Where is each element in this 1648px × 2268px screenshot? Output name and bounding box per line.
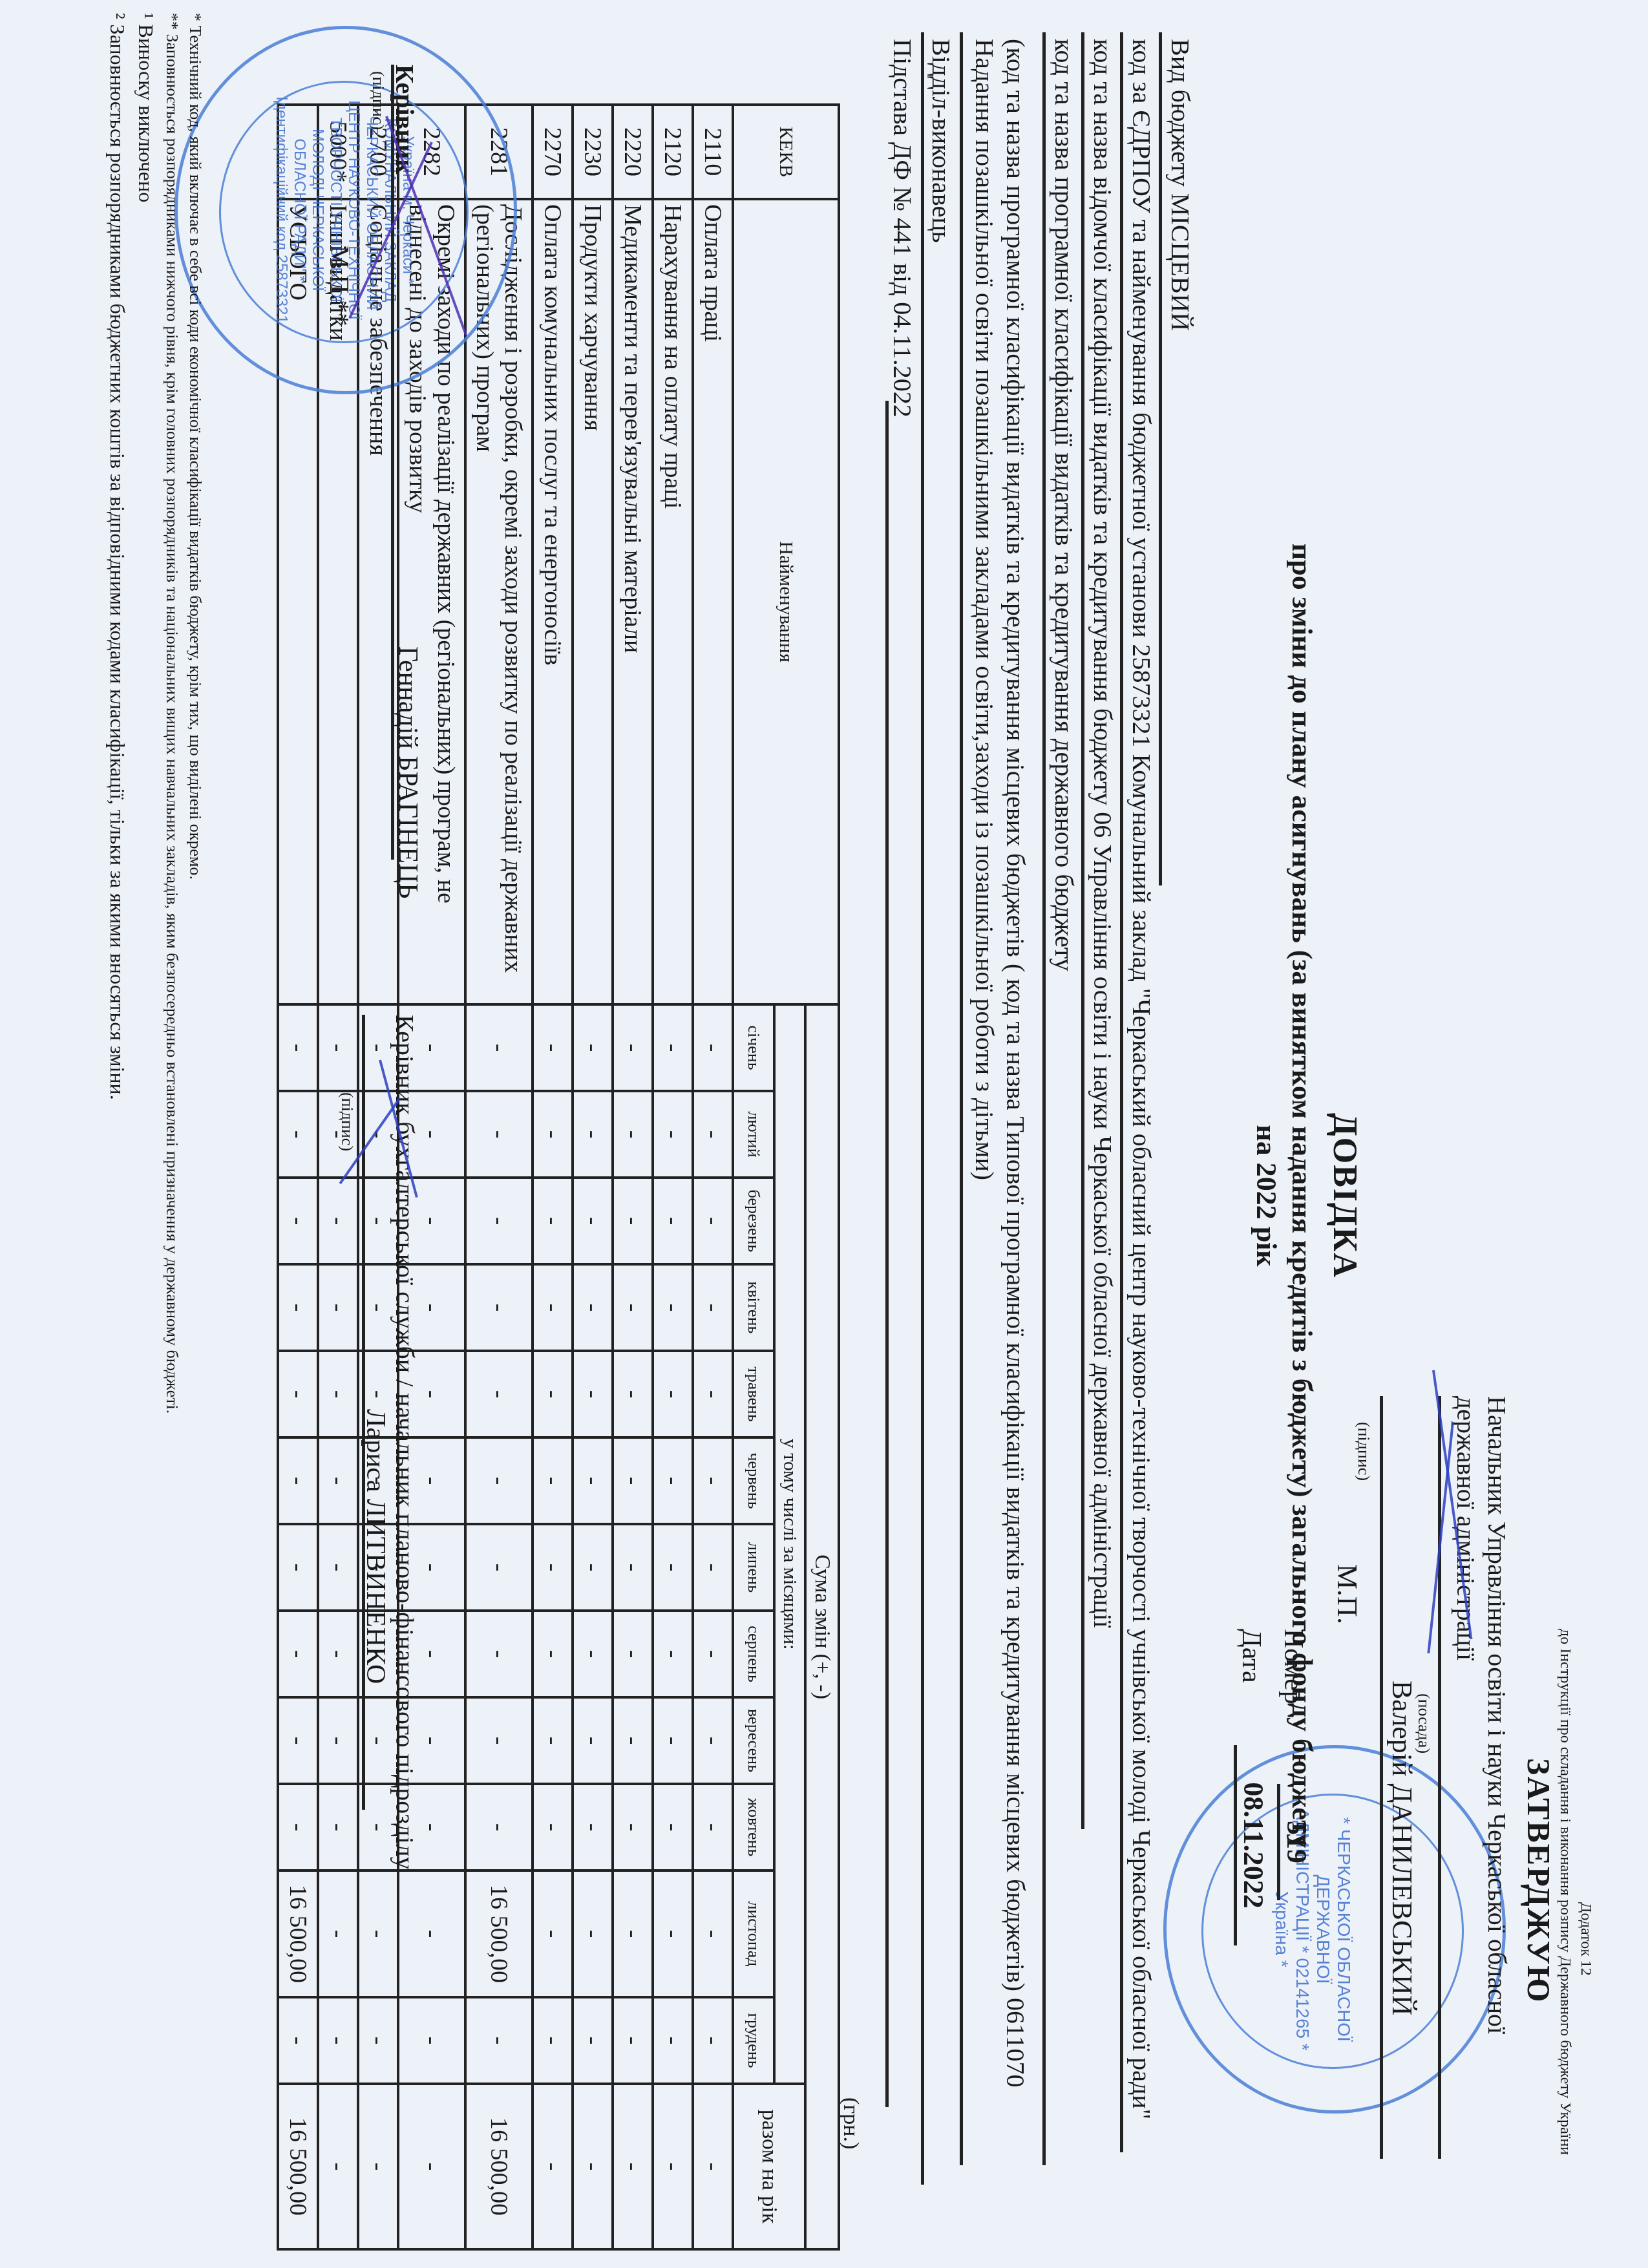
allocation-changes-table: КЕКВ Найменування Сума змін (+, -) у том… [277,103,840,2251]
footnote-2: ** Заповнюється розпорядниками нижчого р… [160,13,184,2017]
total-cell: - [318,2084,358,2249]
month-value-cell: - [398,1997,465,2084]
header-name: Найменування [733,199,839,1004]
month-value-cell: - [533,1437,573,1524]
month-value-cell: - [573,1697,613,1784]
month-value-cell: - [613,1437,653,1524]
month-value-cell: - [318,1524,358,1611]
month-value-cell: - [693,1178,733,1264]
month-value-cell: - [465,1351,533,1437]
name-cell: Медикаменти та перев'язувальні матеріали [613,199,653,1004]
appendix-note: Додаток 12 до Інструкції про складання і… [1555,1629,1596,2249]
header-month: квітень [733,1264,774,1351]
month-value-cell: - [573,1178,613,1264]
table-row: 2230Продукти харчування------------- [573,105,613,2249]
basis-line [885,401,889,2107]
head-signature-caption: (підпис) [368,71,388,130]
table-row: УСЬОГО----------16 500,00-16 500,00 [278,105,318,2249]
header-month: липень [733,1524,774,1611]
state-program-field: код та назва програмної класифікації вид… [1048,39,1079,971]
document-page: Додаток 12 до Інструкції про складання і… [0,0,1648,2268]
month-value-cell: - [573,1611,613,1697]
month-value-cell: - [653,1784,693,1871]
month-value-cell: - [358,1997,398,2084]
month-value-cell: - [653,1697,693,1784]
month-value-cell: - [278,1524,318,1611]
month-value-cell: - [358,1871,398,1997]
document-date: 08.11.2022 [1234,1745,1270,1945]
month-value-cell: - [613,1784,653,1871]
department-line [1081,32,1084,1829]
month-value-cell: - [465,1524,533,1611]
month-value-cell: - [653,1004,693,1091]
header-month: січень [733,1004,774,1091]
month-value-cell: - [465,1264,533,1351]
approval-position-line [1438,1396,1441,2159]
month-value-cell: - [693,1264,733,1351]
footnote-1: * Технічний код, який включає в себе всі… [184,13,207,2017]
head-name: Геннадій БРАГІНЕЦЬ [392,646,423,898]
month-value-cell: - [465,1178,533,1264]
month-value-cell: - [278,1091,318,1178]
month-value-cell: - [318,1784,358,1871]
month-value-cell: - [693,1697,733,1784]
month-value-cell: - [573,1351,613,1437]
month-value-cell: - [693,1351,733,1437]
kekv-cell: 2220 [613,105,653,199]
month-value-cell: - [465,1611,533,1697]
month-value-cell: - [278,1351,318,1437]
total-cell: - [573,2084,613,2249]
month-value-cell: - [573,1091,613,1178]
month-value-cell: - [465,1004,533,1091]
approval-name: Валерій ДАНИЛЕВСЬКИЙ [1386,1680,1419,2015]
month-value-cell: - [653,1437,693,1524]
month-value-cell: - [318,1997,358,2084]
month-value-cell: - [318,1871,358,1997]
month-value-cell: - [465,1784,533,1871]
total-cell: 16 500,00 [465,2084,533,2249]
month-value-cell: - [533,1524,573,1611]
month-value-cell: - [573,1264,613,1351]
total-cell: - [653,2084,693,2249]
month-value-cell: - [693,1524,733,1611]
month-value-cell: - [613,1871,653,1997]
table-row: 2220Медикаменти та перев'язувальні матер… [613,105,653,2249]
header-total: разом на рік [733,2084,805,2249]
table-row: 2270Оплата комунальних послуг та енергон… [533,105,573,2249]
footnote-3: ¹ Виноску виключено [132,13,160,2017]
month-value-cell: - [653,1091,693,1178]
department-executor-line [921,32,924,2185]
month-value-cell: - [533,1997,573,2084]
month-value-cell: - [613,1178,653,1264]
table-row: 5000*Інші видатки------------- [318,105,358,2249]
month-value-cell: - [533,1264,573,1351]
month-value-cell: - [465,1697,533,1784]
month-value-cell: - [533,1004,573,1091]
kekv-cell: 2110 [693,105,733,199]
header-month: жовтень [733,1784,774,1871]
month-value-cell: - [398,1871,465,1997]
month-value-cell: - [693,1871,733,1997]
accountant-name: Лариса ЛИТВИНЕНКО [360,1409,391,1684]
month-value-cell: - [278,1697,318,1784]
month-value-cell: - [573,1871,613,1997]
month-value-cell: - [613,1697,653,1784]
month-value-cell: - [693,1004,733,1091]
month-value-cell: - [573,1437,613,1524]
month-value-cell: - [653,1178,693,1264]
total-cell: 16 500,00 [278,2084,318,2249]
month-value-cell: - [613,1997,653,2084]
currency-unit: (грн.) [838,2097,863,2149]
month-value-cell: - [318,1264,358,1351]
head-label: Керівник [390,65,420,174]
month-value-cell: - [613,1004,653,1091]
state-program-line [1042,32,1046,2165]
month-value-cell: - [278,1004,318,1091]
approval-position: Начальник Управління освіти і науки Черк… [1450,1396,1512,2152]
header-month: листопад [733,1871,774,1997]
month-value-cell: - [278,1178,318,1264]
month-value-cell: - [533,1784,573,1871]
name-cell: Оплата комунальних послуг та енергоносії… [533,199,573,1004]
total-cell: - [358,2084,398,2249]
header-month: вересень [733,1697,774,1784]
month-value-cell: - [693,1091,733,1178]
month-value-cell: - [278,1437,318,1524]
total-cell: - [613,2084,653,2249]
month-value-cell: - [613,1611,653,1697]
month-value-cell: - [533,1178,573,1264]
accountant-label: Керівник бухгалтерської служби / начальн… [390,1015,420,1870]
table-row: 2110Оплата праці------------- [693,105,733,2249]
total-cell: - [398,2084,465,2249]
month-value-cell: - [533,1611,573,1697]
institution-line [1120,32,1123,2152]
total-cell: - [533,2084,573,2249]
kekv-cell: 2230 [573,105,613,199]
month-value-cell: - [465,1997,533,2084]
month-value-cell: 16 500,00 [278,1871,318,1997]
month-value-cell: - [653,1264,693,1351]
kekv-cell: 2120 [653,105,693,199]
kekv-cell: 2270 [533,105,573,199]
appendix-reference: до Інструкції про складання і виконання … [1555,1629,1576,2249]
month-value-cell: - [573,1004,613,1091]
month-value-cell: - [278,1264,318,1351]
month-value-cell: - [653,1871,693,1997]
header-month: серпень [733,1611,774,1697]
month-value-cell: - [653,1611,693,1697]
month-value-cell: - [318,1178,358,1264]
header-month: березень [733,1178,774,1264]
table-row: 2281Дослідження і розробки, окремі заход… [465,105,533,2249]
name-cell: Продукти харчування [573,199,613,1004]
month-value-cell: - [533,1091,573,1178]
header-month: лютий [733,1091,774,1178]
month-value-cell: - [318,1437,358,1524]
month-value-cell: - [318,1004,358,1091]
header-sum-changes: Сума змін (+, -) [805,1004,839,2249]
month-value-cell: - [465,1437,533,1524]
approval-signature-line [1380,1396,1383,2159]
header-by-months: у тому числі за місяцями: [774,1004,805,2084]
institution-field: код за ЄДРПОУ та найменування бюджетної … [1126,39,1157,2119]
month-value-cell: - [318,1611,358,1697]
local-program-line [960,32,963,2165]
month-value-cell: - [693,1784,733,1871]
month-value-cell: - [613,1351,653,1437]
header-month: червень [733,1437,774,1524]
month-value-cell: - [693,1611,733,1697]
month-value-cell: - [278,1997,318,2084]
institution-stamp: Україна м. Черкаси * КОМУНАЛЬНИЙ ЗАКЛАД … [174,26,517,394]
appendix-number: Додаток 12 [1576,1629,1596,2249]
department-executor-field: Відділ-виконавець [925,39,956,243]
department-field: код та назва відомчої класифікації видат… [1087,39,1118,1628]
month-value-cell: - [613,1091,653,1178]
total-cell: - [693,2084,733,2249]
month-value-cell: - [653,1351,693,1437]
approval-stamp-mark: М.П. [1331,1564,1364,1624]
budget-type-field: Вид бюджету МІСЦЕВИЙ [1165,39,1196,331]
month-value-cell: - [693,1997,733,2084]
local-program-field: (код та назва програмної класифікації ви… [969,39,1031,2139]
month-value-cell: 16 500,00 [465,1871,533,1997]
month-value-cell: - [465,1091,533,1178]
basis-field: Підстава ДФ № 441 від 04.11.2022 [887,39,918,418]
header-month: грудень [733,1997,774,2084]
month-value-cell: - [278,1611,318,1697]
month-value-cell: - [573,1524,613,1611]
month-value-cell: - [278,1784,318,1871]
footnotes: * Технічний код, який включає в себе всі… [103,13,207,2017]
document-subtitle: про зміни до плану асигнувань (за винятк… [1285,452,1318,1939]
document-year: на 2022 рік [1250,840,1283,1551]
name-cell: Оплата праці [693,199,733,1004]
month-value-cell: - [573,1997,613,2084]
month-value-cell: - [533,1351,573,1437]
date-label: Дата [1236,1629,1267,1683]
month-value-cell: - [533,1697,573,1784]
month-value-cell: - [693,1437,733,1524]
month-value-cell: - [573,1784,613,1871]
approval-title: ЗАТВЕРДЖУЮ [1520,1758,1558,2003]
name-cell: Нарахування на оплату праці [653,199,693,1004]
month-value-cell: - [533,1871,573,1997]
month-value-cell: - [653,1997,693,2084]
month-value-cell: - [613,1524,653,1611]
month-value-cell: - [653,1524,693,1611]
month-value-cell: - [613,1264,653,1351]
budget-type-line [1159,32,1162,885]
table-row: 2120Нарахування на оплату праці---------… [653,105,693,2249]
footnote-4: ² Заповнюється розпорядниками бюджетних … [103,13,132,2017]
header-kekv: КЕКВ [733,105,839,199]
accountant-signature-caption: (підпис) [337,1092,357,1151]
document-title: ДОВІДКА [1326,840,1364,1551]
header-month: травень [733,1351,774,1437]
month-value-cell: - [318,1697,358,1784]
month-value-cell: - [318,1351,358,1437]
